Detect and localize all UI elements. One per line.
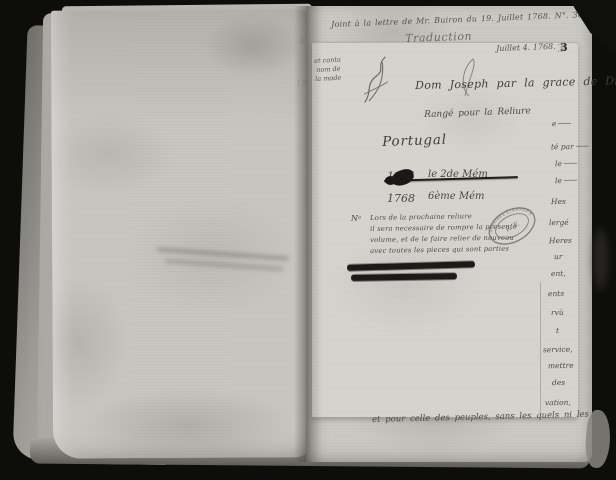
- edge-fragment: des: [552, 378, 565, 387]
- under-page-corner: [584, 409, 612, 469]
- edge-fragment: le: [555, 159, 577, 168]
- edge-fragment: t: [556, 326, 559, 335]
- stamp-center-text: R. F.: [504, 220, 521, 234]
- edge-fragment: Hes: [551, 197, 566, 206]
- edge-smudge: [593, 228, 608, 290]
- translation-label: Traduction: [405, 31, 472, 44]
- folio-number: 3: [560, 42, 568, 53]
- margin-note-line: la mode: [315, 75, 341, 83]
- edge-fragment: mettre: [548, 361, 574, 370]
- margin-note-line: nom de: [316, 66, 341, 74]
- edge-fragment: e: [552, 119, 572, 128]
- left-page: [51, 9, 311, 458]
- sheet-edge-seam: [540, 282, 541, 416]
- edge-fragment: té par: [551, 142, 589, 152]
- edge-fragment: rvù: [551, 308, 564, 317]
- edge-fragment: ent,: [551, 269, 566, 278]
- country-heading: Portugal: [382, 134, 447, 150]
- ink-blot: [385, 176, 396, 185]
- edge-fragment: Heres: [549, 236, 572, 245]
- edge-fragment: vation,: [545, 398, 571, 407]
- edge-fragment: ents: [548, 289, 564, 298]
- edge-fragment: lergé: [549, 218, 569, 227]
- edge-fragment: service,: [543, 345, 573, 355]
- manuscript-scan: 4 17 Joint à la lettre de Mr. Buiron du …: [0, 0, 616, 480]
- entry-year: 1768: [387, 193, 415, 204]
- entry-label: 6ème Mém: [428, 192, 485, 202]
- edge-fragment: ur: [554, 252, 563, 261]
- edge-fragment: le: [555, 176, 577, 185]
- note-marker: Nᵃ: [351, 215, 361, 223]
- margin-note-line: et conta: [314, 57, 341, 65]
